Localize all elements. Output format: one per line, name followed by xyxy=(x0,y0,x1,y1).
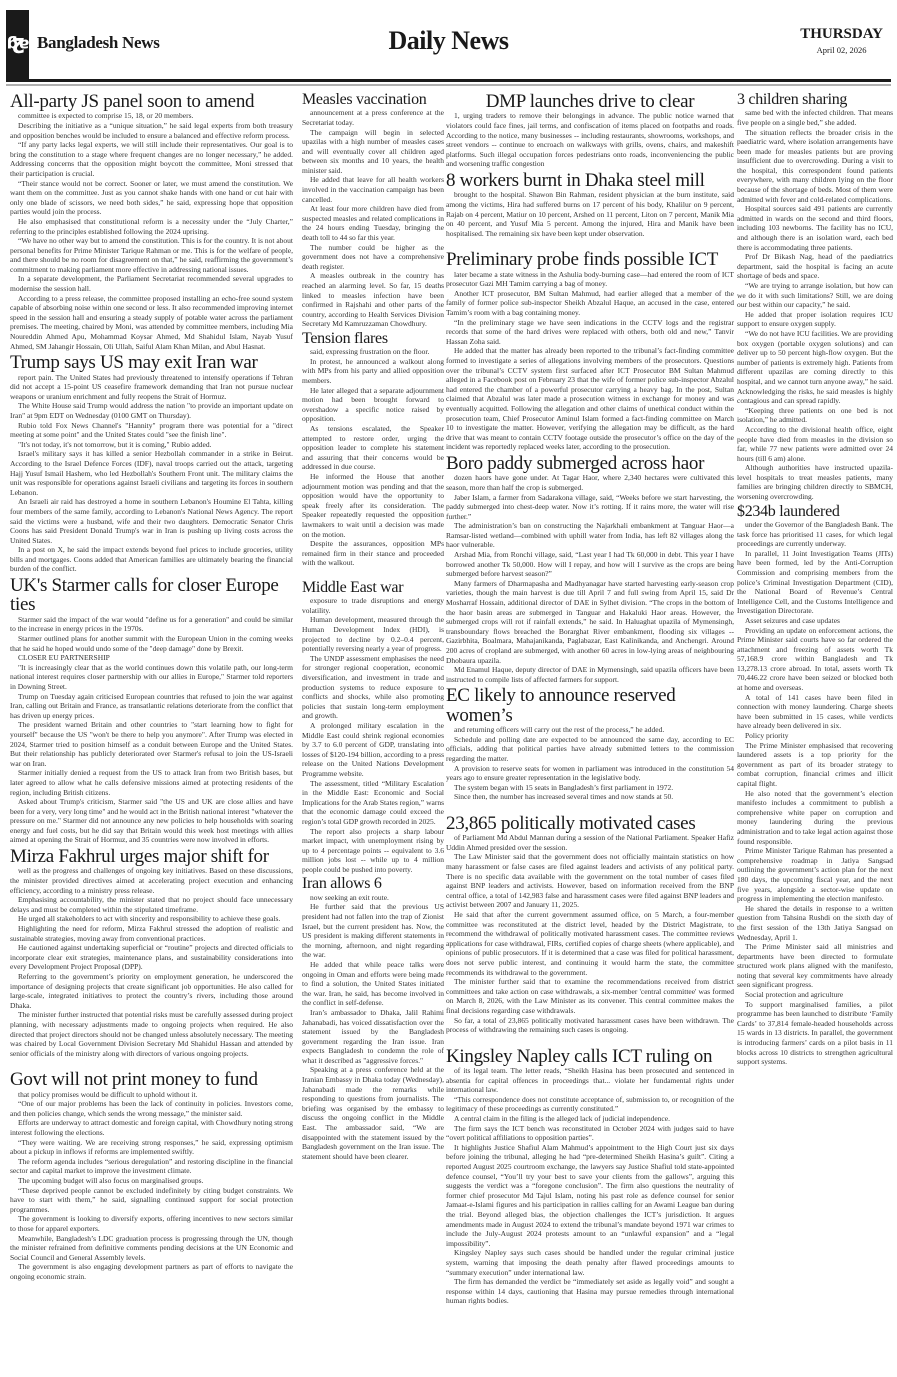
article-paragraph: To support marginalised families, a pilo… xyxy=(737,1000,893,1067)
headline: All-party JS panel soon to amend xyxy=(10,92,293,111)
article-paragraph: of its legal team. The letter reads, “Sh… xyxy=(446,1066,734,1095)
article: Middle East warexposure to trade disrupt… xyxy=(302,580,444,875)
headline: Mirza Fakhrul urges major shift for xyxy=(10,847,293,866)
article-paragraph: “They were waiting. We are receiving str… xyxy=(10,1138,293,1157)
headline: 23,865 politically motivated cases xyxy=(446,814,734,833)
article-paragraph: Speaking at a press conference held at t… xyxy=(302,1065,444,1161)
article-paragraph: The government is looking to diversify e… xyxy=(10,1214,293,1233)
article-paragraph: Israel's military says it has killed a s… xyxy=(10,449,293,497)
article-paragraph: “We do not have ICU facilities. We are p… xyxy=(737,329,893,406)
article: EC likely to announce reserved women’san… xyxy=(446,686,734,802)
article-paragraph: Describing the initiative as a “unique s… xyxy=(10,121,293,140)
article-paragraph: He shared the details in response to a w… xyxy=(737,904,893,942)
article-paragraph: He cautioned against undertaking superfi… xyxy=(10,943,293,972)
issue-date: April 02, 2026 xyxy=(800,45,883,55)
article-paragraph: that policy promises would be difficult … xyxy=(10,1090,293,1100)
day-of-week: THURSDAY xyxy=(800,26,883,43)
article-paragraph: In a separate development, the Parliamen… xyxy=(10,274,293,293)
headline: Tension flares xyxy=(302,331,444,347)
masthead-subrule xyxy=(6,84,891,86)
article-paragraph: Starmer said the impact of the war would… xyxy=(10,615,293,634)
article: Mirza Fakhrul urges major shift forwell … xyxy=(10,847,293,1058)
column-3: DMP launches drive to clear1, urging tra… xyxy=(446,92,734,1308)
article-paragraph: “Their stance would not be correct. Soon… xyxy=(10,179,293,217)
article: 23,865 politically motivated casesof Par… xyxy=(446,814,734,1035)
article-paragraph: "It is increasingly clear that as the wo… xyxy=(10,663,293,692)
article-paragraph: The assessment, titled “Military Escalat… xyxy=(302,779,444,827)
article: 3 children sharingsame bed with the infe… xyxy=(737,92,893,502)
article-paragraph: He added that the matter has already bee… xyxy=(446,346,734,452)
article-paragraph: At least four more children have died fr… xyxy=(302,204,444,242)
article-paragraph: well as the progress and challenges of o… xyxy=(10,866,293,895)
article-paragraph: exposure to trade disruptions and energy… xyxy=(302,596,444,615)
article: Trump says US may exit Iran warreport pa… xyxy=(10,353,293,574)
article-paragraph: He also emphasised that constitutional r… xyxy=(10,217,293,236)
article-paragraph: report pain. The United States had previ… xyxy=(10,373,293,402)
article-paragraph: of Parliament Md Abdul Mannan during a s… xyxy=(446,833,734,852)
headline: Preliminary probe finds possible ICT xyxy=(446,250,734,269)
article-paragraph: and returning officers will carry out th… xyxy=(446,725,734,735)
article-paragraph: “This correspondence does not constitute… xyxy=(446,1095,734,1114)
headline: Kingsley Napley calls ICT ruling on xyxy=(446,1047,734,1066)
headline: Measles vaccination xyxy=(302,92,444,108)
article-paragraph: “We are trying to arrange isolation, but… xyxy=(737,281,893,310)
article-paragraph: The Law Minister said that the governmen… xyxy=(446,852,734,910)
article-paragraph: A prolonged military escalation in the M… xyxy=(302,721,444,779)
article-paragraph: He added that while peace talks were ong… xyxy=(302,960,444,1008)
article-paragraph: Hospital sources said 491 patients are c… xyxy=(737,204,893,252)
article-paragraph: “If any party lacks legal experts, we wi… xyxy=(10,140,293,178)
article-paragraph: same bed with the infected children. Tha… xyxy=(737,108,893,127)
article-paragraph: He added that leave for all health worke… xyxy=(302,175,444,204)
article-paragraph: Iran’s ambassador to Dhaka, Jalil Rahimi… xyxy=(302,1008,444,1066)
article: Measles vaccinationannouncement at a pre… xyxy=(302,92,444,329)
article-paragraph: “We have no other way but to amend the c… xyxy=(10,236,293,274)
article-paragraph: Referring to the government’s priority o… xyxy=(10,972,293,1010)
article-paragraph: Kingsley Napley says such cases should b… xyxy=(446,1248,734,1277)
article-paragraph: The minister further said that to examin… xyxy=(446,977,734,1015)
article-paragraph: The upcoming budget will also focus on m… xyxy=(10,1176,293,1186)
article-paragraph: Jaber Islam, a farmer from Sadarakona vi… xyxy=(446,493,734,522)
article-paragraph: The report also projects a sharp labour … xyxy=(302,827,444,875)
article-paragraph: The government is also engaging developm… xyxy=(10,1262,293,1281)
paper-name: Daily News xyxy=(0,26,897,56)
article: Preliminary probe finds possible ICTlate… xyxy=(446,250,734,452)
column-4: 3 children sharingsame bed with the infe… xyxy=(737,92,893,1069)
article-paragraph: Social protection and agriculture xyxy=(737,990,893,1000)
article-paragraph: The firm has demanded the verdict be “im… xyxy=(446,1277,734,1306)
article-paragraph: According to the divisional health offic… xyxy=(737,425,893,463)
article-paragraph: Efforts are underway to attract domestic… xyxy=(10,1118,293,1137)
article-paragraph: The firm says the ICT bench was reconsti… xyxy=(446,1124,734,1143)
article: DMP launches drive to clear1, urging tra… xyxy=(446,92,734,169)
article-paragraph: “These deprived people cannot be exclude… xyxy=(10,1186,293,1215)
article-paragraph: He later alleged that a separate adjourn… xyxy=(302,386,444,424)
article-paragraph: The campaign will begin in selected upaz… xyxy=(302,128,444,176)
headline: 3 children sharing xyxy=(737,92,893,108)
article: Iran allows 6now seeking an exit route.H… xyxy=(302,876,444,1161)
article-paragraph: under the Governor of the Bangladesh Ban… xyxy=(737,520,893,549)
article-paragraph: CLOSER EU PARTNERSHIP xyxy=(10,653,293,663)
article: Govt will not print money to fundthat po… xyxy=(10,1070,293,1281)
article: Tension flaressaid, expressing frustrati… xyxy=(302,331,444,568)
article-paragraph: Asset seizures and case updates xyxy=(737,616,893,626)
article-paragraph: An Israeli air raid has destroyed a home… xyxy=(10,497,293,545)
article-paragraph: Prime Minister Tarique Rahman has presen… xyxy=(737,846,893,904)
column-1: All-party JS panel soon to amendcommitte… xyxy=(10,92,293,1284)
article-paragraph: He added that proper isolation requires … xyxy=(737,310,893,329)
article-paragraph: A total of 141 cases have been filed in … xyxy=(737,693,893,731)
article-paragraph: “In the preliminary stage we have seen i… xyxy=(446,318,734,347)
article-paragraph: 1, urging traders to remove their belong… xyxy=(446,111,734,169)
headline: 8 workers burnt in Dhaka steel mill xyxy=(446,171,734,190)
article-paragraph: Highlighting the need for reform, Mirza … xyxy=(10,924,293,943)
headline: UK's Starmer calls for closer Europe tie… xyxy=(10,576,293,615)
article-paragraph: “Keeping three patients on one bed is no… xyxy=(737,406,893,425)
article-paragraph: Human development, measured through the … xyxy=(302,615,444,653)
article: 8 workers burnt in Dhaka steel millbroug… xyxy=(446,171,734,238)
article-paragraph: dozen haors have gone under. At Tagar Ha… xyxy=(446,473,734,492)
article: Boro paddy submerged across haordozen ha… xyxy=(446,454,734,684)
article-paragraph: Since then, the number has increased sev… xyxy=(446,792,734,802)
article-paragraph: The number could be higher as the govern… xyxy=(302,243,444,272)
article: Kingsley Napley calls ICT ruling onof it… xyxy=(446,1047,734,1306)
article-paragraph: He said that after the current governmen… xyxy=(446,910,734,977)
article-paragraph: Another ICT prosecutor, BM Sultan Mahmud… xyxy=(446,289,734,318)
headline: $234b laundered xyxy=(737,504,893,520)
article-paragraph: A provision to reserve seats for women i… xyxy=(446,764,734,783)
article-paragraph: committee is expected to comprise 15, 18… xyxy=(10,111,293,121)
article-paragraph: A measles outbreak in the country has re… xyxy=(302,271,444,329)
article-paragraph: Policy priority xyxy=(737,731,893,741)
article-paragraph: now seeking an exit route. xyxy=(302,893,444,903)
article-paragraph: Emphasising accountability, the minister… xyxy=(10,895,293,914)
article-paragraph: The minister further instructed that pot… xyxy=(10,1010,293,1058)
article: $234b launderedunder the Governor of the… xyxy=(737,504,893,1067)
article-paragraph: announcement at a press conference at th… xyxy=(302,108,444,127)
article-paragraph: Trump on Tuesday again criticised Europe… xyxy=(10,692,293,721)
article-paragraph: Although authorities have instructed upa… xyxy=(737,463,893,501)
article-paragraph: Arshad Mia, from Ronchi village, said, “… xyxy=(446,550,734,579)
article-paragraph: The reform agenda includes “serious dere… xyxy=(10,1157,293,1176)
column-2: Measles vaccinationannouncement at a pre… xyxy=(302,92,444,1163)
article-paragraph: "It's not today, it's not tomorrow, but … xyxy=(10,440,293,450)
headline: Govt will not print money to fund xyxy=(10,1070,293,1089)
headline: DMP launches drive to clear xyxy=(446,92,734,111)
article-paragraph: The situation reflects the broader crisi… xyxy=(737,128,893,205)
article-paragraph: So far, a total of 23,865 politically mo… xyxy=(446,1016,734,1035)
article-paragraph: As tensions escalated, the Speaker attem… xyxy=(302,424,444,472)
article-paragraph: A central claim in the filing is the all… xyxy=(446,1114,734,1124)
article-paragraph: According to a press release, the commit… xyxy=(10,294,293,352)
headline: Middle East war xyxy=(302,580,444,596)
headline: Boro paddy submerged across haor xyxy=(446,454,734,473)
article-paragraph: “One of our major problems has been the … xyxy=(10,1099,293,1118)
dateline: THURSDAY April 02, 2026 xyxy=(800,26,883,55)
article-paragraph: In protest, he announced a walkout along… xyxy=(302,357,444,386)
article-paragraph: Starmer initially denied a request from … xyxy=(10,768,293,797)
article-paragraph: He informed the House that another adjou… xyxy=(302,472,444,539)
article-paragraph: said, expressing frustration on the floo… xyxy=(302,347,444,357)
headline: EC likely to announce reserved women’s xyxy=(446,686,734,725)
article-paragraph: later became a state witness in the Ashu… xyxy=(446,270,734,289)
article-paragraph: The Prime Minister said all ministries a… xyxy=(737,942,893,990)
article-paragraph: The UNDP assessment emphasises the need … xyxy=(302,654,444,721)
article-paragraph: Starmer outlined plans for another summi… xyxy=(10,634,293,653)
article-paragraph: Meanwhile, Bangladesh’s LDC graduation p… xyxy=(10,1234,293,1263)
article-paragraph: Despite the assurances, opposition MPs r… xyxy=(302,539,444,568)
article-paragraph: It highlights Justice Shafiul Alam Mahmu… xyxy=(446,1143,734,1249)
article-paragraph: brought to the hospital. Shawon Bin Rahm… xyxy=(446,190,734,238)
article-paragraph: In a post on X, he said the impact exten… xyxy=(10,545,293,574)
article-paragraph: Many farmers of Dharmapasha and Madhyana… xyxy=(446,579,734,665)
article-paragraph: Schedule and polling date are expected t… xyxy=(446,735,734,764)
headline: Iran allows 6 xyxy=(302,876,444,892)
article-paragraph: The administration’s ban on constructing… xyxy=(446,521,734,550)
masthead-rule xyxy=(6,79,891,82)
article-paragraph: He also noted that the government’s elec… xyxy=(737,789,893,847)
article-paragraph: He further said that the previous US pre… xyxy=(302,902,444,960)
headline: Trump says US may exit Iran war xyxy=(10,353,293,372)
article-paragraph: The system began with 15 seats in Bangla… xyxy=(446,783,734,793)
article: All-party JS panel soon to amendcommitte… xyxy=(10,92,293,351)
article-paragraph: In parallel, 11 Joint Investigation Team… xyxy=(737,549,893,616)
article-paragraph: The White House said Trump would address… xyxy=(10,401,293,420)
article-paragraph: The president warned Britain and other c… xyxy=(10,720,293,768)
article-paragraph: The Prime Minister emphasised that recov… xyxy=(737,741,893,789)
article-paragraph: He urged all stakeholders to act with si… xyxy=(10,914,293,924)
article-paragraph: Providing an update on enforcement actio… xyxy=(737,626,893,693)
article-paragraph: Rubio told Fox News Channel's "Hannity" … xyxy=(10,421,293,440)
article-paragraph: Asked about Trump's criticism, Starmer s… xyxy=(10,797,293,845)
article-paragraph: Prof Dr Bikash Nag, head of the paediatr… xyxy=(737,252,893,281)
article-paragraph: Md Enamul Haque, deputy director of DAE … xyxy=(446,665,734,684)
article: UK's Starmer calls for closer Europe tie… xyxy=(10,576,293,845)
